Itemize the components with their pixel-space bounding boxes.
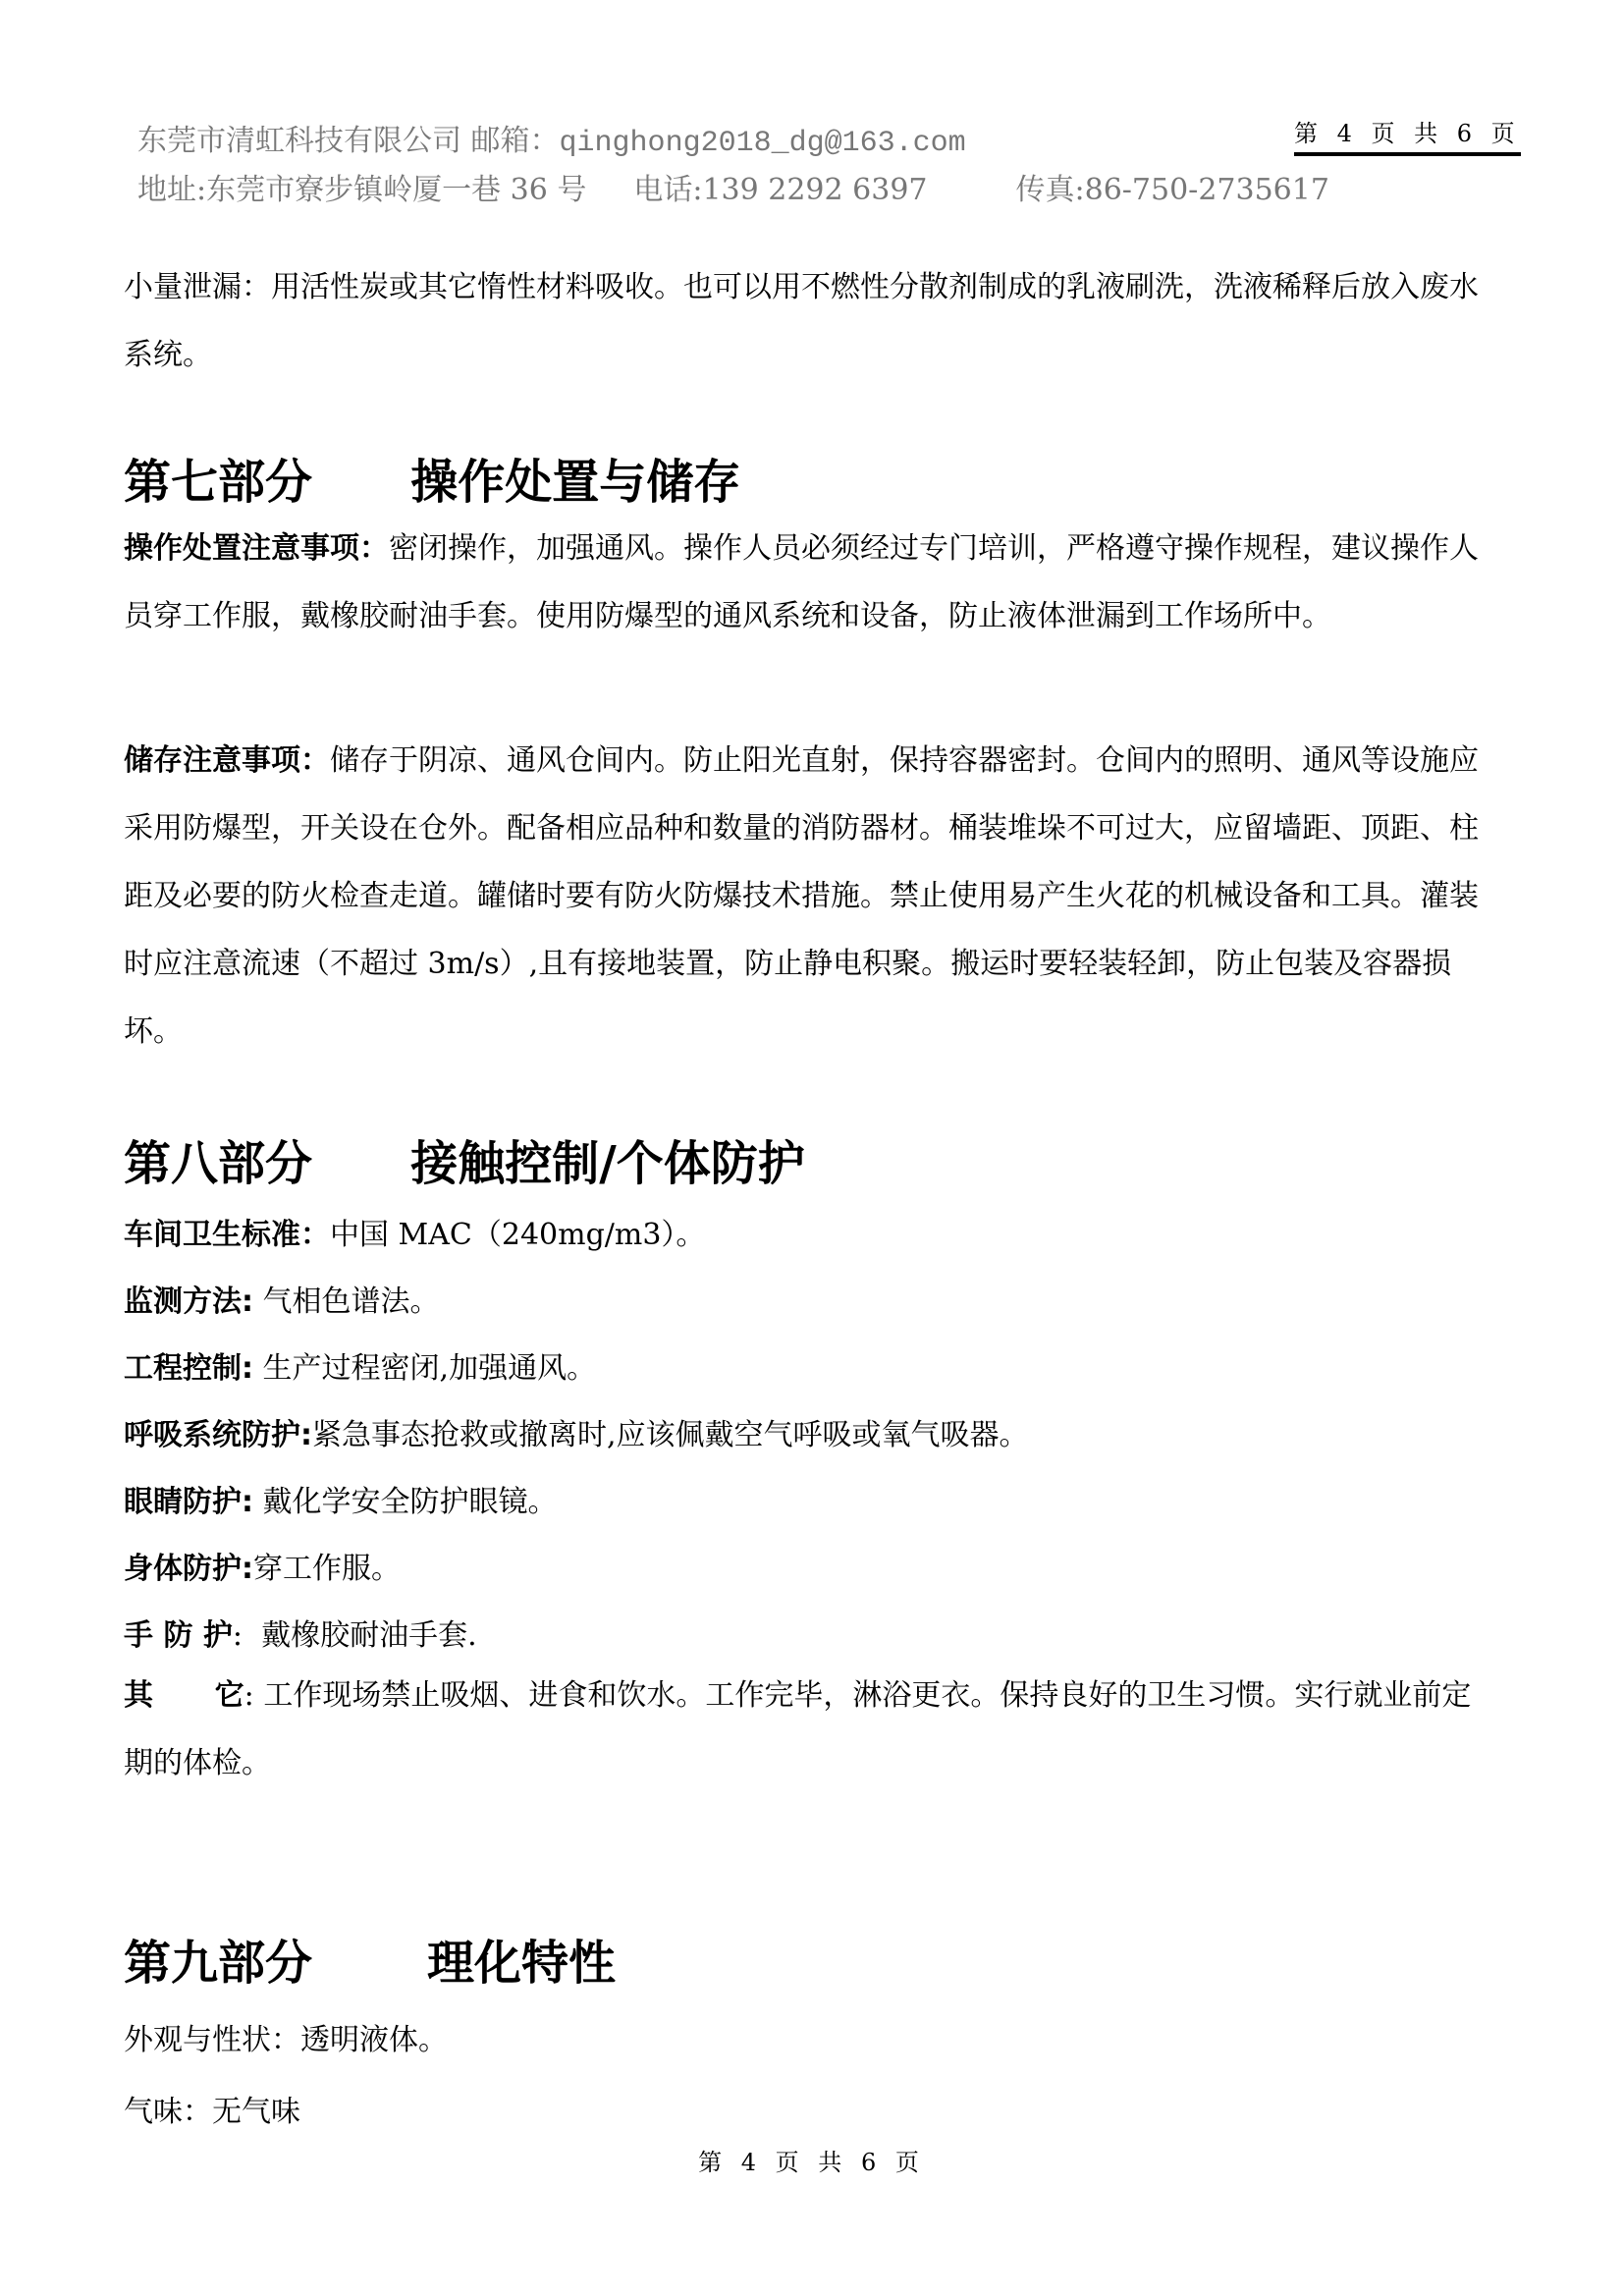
handling-paragraph: 操作处置注意事项：密闭操作，加强通风。操作人员必须经过专门培训，严格遵守操作规程…	[124, 515, 1479, 650]
storage-text: 储存于阴凉、通风仓间内。防止阳光直射，保持容器密封。仓间内的照明、通风等设施应采…	[124, 743, 1479, 1049]
email-label: 邮箱：	[471, 124, 560, 158]
storage-paragraph: 储存注意事项：储存于阴凉、通风仓间内。防止阳光直射，保持容器密封。仓间内的照明、…	[124, 727, 1479, 1066]
other-label: 其 它	[124, 1678, 244, 1713]
engineering-control: 工程控制: 生产过程密闭,加强通风。	[124, 1343, 596, 1387]
body-protection: 身体防护:穿工作服。	[124, 1544, 401, 1587]
small-leak-paragraph: 小量泄漏：用活性炭或其它惰性材料吸收。也可以用不燃性分散剂制成的乳液刷洗，洗液稀…	[124, 253, 1479, 389]
item-text: 气相色谱法。	[253, 1285, 440, 1319]
item-label: 眼睛防护:	[124, 1485, 253, 1519]
item-text: 中国 MAC（240mg/m3）。	[330, 1218, 705, 1252]
handling-label: 操作处置注意事项：	[124, 531, 389, 566]
fax: 传真:86-750-2735617	[1016, 173, 1329, 207]
section9-heading: 第九部分 理化特性	[124, 1925, 616, 1993]
header-company-line: 东莞市清虹科技有限公司 邮箱：qinghong2018_dg@163.com	[137, 116, 966, 160]
small-leak-label: 小量泄漏：	[124, 270, 271, 304]
item-text: 紧急事态抢救或撤离时,应该佩戴空气呼吸或氧气吸器。	[312, 1418, 1029, 1452]
page-indicator-bottom: 第 4 页 共 6 页	[0, 2143, 1623, 2177]
item-text: : 戴橡胶耐油手套.	[233, 1618, 477, 1653]
header-contact-line: 地址:东莞市寮步镇岭厦一巷 36 号电话:139 2292 6397传真:86-…	[137, 165, 1329, 208]
eye-protection: 眼睛防护: 戴化学安全防护眼镜。	[124, 1477, 558, 1520]
item-label: 工程控制:	[124, 1351, 253, 1386]
respiratory-protection: 呼吸系统防护:紧急事态抢救或撤离时,应该佩戴空气呼吸或氧气吸器。	[124, 1410, 1029, 1453]
odor: 气味：无气味	[124, 2087, 300, 2130]
workshop-standard: 车间卫生标准：中国 MAC（240mg/m3）。	[124, 1210, 705, 1253]
address: 地址:东莞市寮步镇岭厦一巷 36 号	[137, 173, 586, 207]
item-label: 手 防 护	[124, 1618, 233, 1653]
monitoring-method: 监测方法: 气相色谱法。	[124, 1277, 440, 1320]
section8-heading: 第八部分 接触控制/个体防护	[124, 1125, 805, 1193]
item-text: 穿工作服。	[253, 1552, 401, 1586]
hand-protection: 手 防 护: 戴橡胶耐油手套.	[124, 1611, 477, 1654]
item-label: 身体防护:	[124, 1552, 253, 1586]
email-address: qinghong2018_dg@163.com	[560, 127, 966, 160]
item-label: 车间卫生标准：	[124, 1218, 330, 1252]
item-label: 监测方法:	[124, 1285, 253, 1319]
other-paragraph: 其 它: 工作现场禁止吸烟、进食和饮水。工作完毕，淋浴更衣。保持良好的卫生习惯。…	[124, 1662, 1479, 1797]
appearance: 外观与性状：透明液体。	[124, 2015, 448, 2058]
phone: 电话:139 2292 6397	[633, 173, 927, 207]
page-indicator-top: 第 4 页 共 6 页	[1294, 114, 1521, 156]
small-leak-text: 用活性炭或其它惰性材料吸收。也可以用不燃性分散剂制成的乳液刷洗，洗液稀释后放入废…	[124, 270, 1479, 372]
section7-heading: 第七部分 操作处置与储存	[124, 444, 740, 512]
item-label: 呼吸系统防护:	[124, 1418, 312, 1452]
storage-label: 储存注意事项：	[124, 743, 330, 778]
company-name: 东莞市清虹科技有限公司	[137, 124, 461, 158]
item-text: 戴化学安全防护眼镜。	[253, 1485, 558, 1519]
other-text: : 工作现场禁止吸烟、进食和饮水。工作完毕，淋浴更衣。保持良好的卫生习惯。实行就…	[124, 1678, 1471, 1780]
item-text: 生产过程密闭,加强通风。	[253, 1351, 596, 1386]
